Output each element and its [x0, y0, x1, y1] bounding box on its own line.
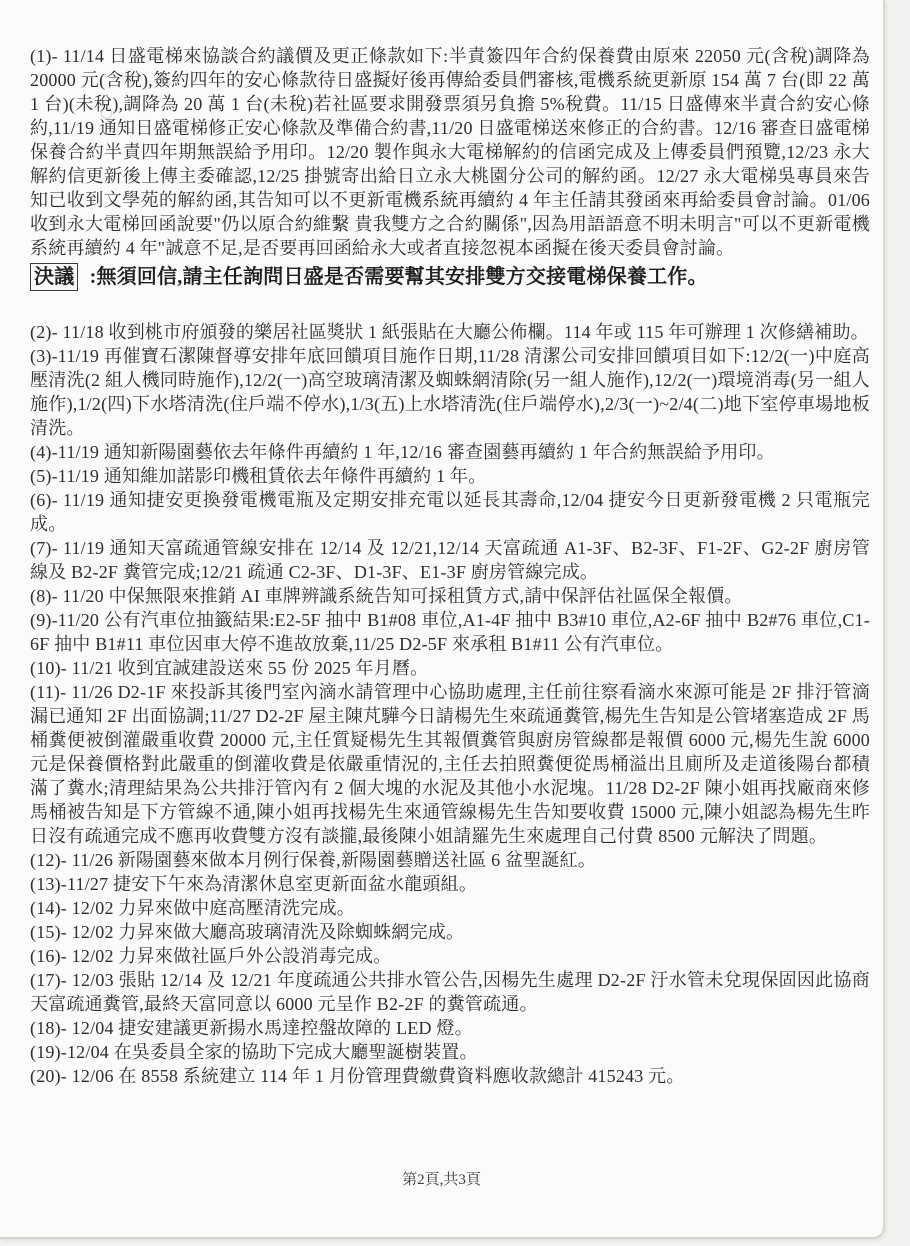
minutes-item-11: (11)- 11/26 D2-1F 來投訴其後門室內滴水請管理中心協助處理,主任… [30, 680, 870, 848]
minutes-item-15: (15)- 12/02 力昇來做大廳高玻璃清洗及除蜘蛛網完成。 [30, 920, 870, 944]
minutes-item-19: (19)-12/04 在吳委員全家的協助下完成大廳聖誕樹裝置。 [30, 1040, 870, 1064]
minutes-item-17: (17)- 12/03 張貼 12/14 及 12/21 年度疏通公共排水管公告… [30, 968, 870, 1016]
minutes-item-9: (9)-11/20 公有汽車位抽籤結果:E2-5F 抽中 B1#08 車位,A1… [30, 608, 870, 656]
minutes-body: (1)- 11/14 日盛電梯來協談合約議價及更正條款如下:半責簽四年合約保養費… [30, 44, 870, 1088]
minutes-item-2: (2)- 11/18 收到桃市府頒發的樂居社區獎狀 1 紙張貼在大廳公佈欄。11… [30, 320, 870, 344]
minutes-item-3: (3)-11/19 再催寶石潔陳督導安排年底回饋項目施作日期,11/28 清潔公… [30, 344, 870, 440]
minutes-item-1: (1)- 11/14 日盛電梯來協談合約議價及更正條款如下:半責簽四年合約保養費… [30, 44, 870, 260]
minutes-item-4: (4)-11/19 通知新陽園藝依去年條件再續約 1 年,12/16 審查園藝再… [30, 440, 870, 464]
minutes-item-14: (14)- 12/02 力昇來做中庭高壓清洗完成。 [30, 896, 870, 920]
minutes-item-8: (8)- 11/20 中保無限來推銷 AI 車牌辨識系統告知可採租賃方式,請中保… [30, 584, 870, 608]
minutes-item-18: (18)- 12/04 捷安建議更新揚水馬達控盤故障的 LED 燈。 [30, 1016, 870, 1040]
minutes-item-16: (16)- 12/02 力昇來做社區戶外公設消毒完成。 [30, 944, 870, 968]
decision-label-box: 決議 [30, 263, 78, 291]
minutes-item-20: (20)- 12/06 在 8558 系統建立 114 年 1 月份管理費繳費資… [30, 1064, 870, 1088]
page-number: 第2頁,共3頁 [0, 1168, 883, 1189]
minutes-item-12: (12)- 11/26 新陽園藝來做本月例行保養,新陽園藝贈送社區 6 盆聖誕紅… [30, 848, 870, 872]
minutes-item-6: (6)- 11/19 通知捷安更換發電機電瓶及定期安排充電以延長其壽命,12/0… [30, 488, 870, 536]
minutes-item-10: (10)- 11/21 收到宜誠建設送來 55 份 2025 年月曆。 [30, 656, 870, 680]
scanned-page: (1)- 11/14 日盛電梯來協談合約議價及更正條款如下:半責簽四年合約保養費… [0, 0, 885, 1239]
decision-text: :無須回信,請主任詢問日盛是否需要幫其安排雙方交接電梯保養工作。 [84, 266, 707, 288]
minutes-item-13: (13)-11/27 捷安下午來為清潔休息室更新面盆水龍頭組。 [30, 872, 870, 896]
minutes-item-5: (5)-11/19 通知維加諾影印機租賃依去年條件再續約 1 年。 [30, 464, 870, 488]
minutes-item-7: (7)- 11/19 通知天富疏通管線安排在 12/14 及 12/21,12/… [30, 536, 870, 584]
decision-line: 決議 :無須回信,請主任詢問日盛是否需要幫其安排雙方交接電梯保養工作。 [30, 262, 870, 292]
